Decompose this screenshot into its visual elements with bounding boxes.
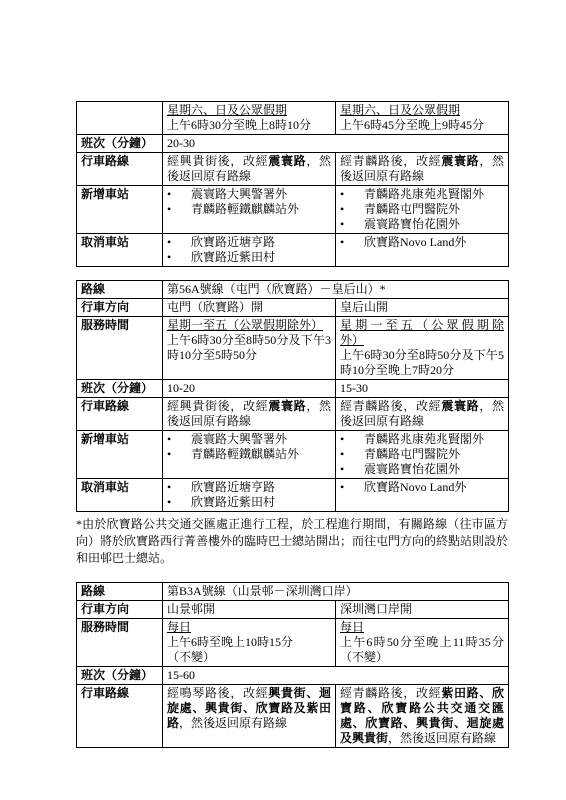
cell-new-stops-left: •震寰路大興警署外•青麟路輕鐵麒麟站外	[163, 186, 336, 234]
cell-routing-right: 經青麟路後，改經紫田路、欣寶路、欣寶路公共交通交匯處、欣寶路、興貴街、迴旋處及興…	[336, 685, 509, 748]
row-routing: 行車路線 經興貴街後，改經震寰路，然後返回原有路線 經青麟路後，改經震寰路，然後…	[77, 398, 509, 431]
row-label-routing: 行車路線	[77, 398, 163, 431]
cell-route-name: 第56A號線（屯門（欣寶路）－皇后山）*	[163, 281, 509, 299]
row-label-routing: 行車路線	[77, 685, 163, 748]
cell-cancelled-stops-left: •欣寶路近塘亨路•欣寶路近紫田村	[163, 234, 336, 267]
row-cancelled-stops: 取消車站 •欣寶路近塘亨路•欣寶路近紫田村 •欣寶路Novo Land外	[77, 479, 509, 512]
bullet-icon: •	[167, 250, 191, 265]
row-routing: 行車路線 經鳴琴路後，改經興貴街、迴旋處、興貴街、欣寶路及紫田路，然後返回原有路…	[77, 685, 509, 748]
notice-page: 星期六、日及公眾假期上午6時30分至晚上8時10分 星期六、日及公眾假期上午6時…	[76, 101, 508, 748]
row-label-routing: 行車路線	[77, 153, 163, 186]
cell-routing-right: 經青麟路後，改經震寰路，然後返回原有路線	[336, 398, 509, 431]
cell-direction-left: 山景邨開	[163, 601, 336, 619]
cell-service-hours-left: 星期一至五（公眾假期除外）上午6時30分至8時50分及下午3時10分至5時50分	[163, 317, 336, 380]
row-new-stops: 新增車站 •震寰路大興警署外•青麟路輕鐵麒麟站外 •青麟路兆康苑兆賢閣外•青麟路…	[77, 186, 509, 234]
bullet-icon: •	[167, 480, 191, 495]
row-routing: 行車路線 經興貴街後，改經震寰路，然後返回原有路線 經青麟路後，改經震寰路，然後…	[77, 153, 509, 186]
cell-routing-right: 經青麟路後，改經震寰路，然後返回原有路線	[336, 153, 509, 186]
cell-frequency-right: 15-30	[336, 380, 509, 398]
cell-cancelled-stops-right: •欣寶路Novo Land外	[336, 479, 509, 512]
row-cancelled-stops: 取消車站 •欣寶路近塘亨路•欣寶路近紫田村 •欣寶路Novo Land外	[77, 234, 509, 267]
bullet-icon: •	[340, 235, 364, 250]
cell-cancelled-stops-left: •欣寶路近塘亨路•欣寶路近紫田村	[163, 479, 336, 512]
cell-frequency: 15-60	[163, 667, 509, 685]
row-label-service-hours: 服務時間	[77, 619, 163, 667]
cell-routing-left: 經興貴街後，改經震寰路，然後返回原有路線	[163, 153, 336, 186]
bullet-icon: •	[340, 462, 364, 477]
cell-service-hours-right: 星期六、日及公眾假期上午6時45分至晚上9時45分	[336, 102, 509, 135]
row-label-empty	[77, 102, 163, 135]
route-table-56a: 路線 第56A號線（屯門（欣寶路）－皇后山）* 行車方向 屯門（欣寶路）開 皇后…	[76, 280, 509, 512]
row-route: 路線 第B3A號線（山景邨－深圳灣口岸）	[77, 583, 509, 601]
bullet-icon: •	[340, 217, 364, 232]
bullet-icon: •	[167, 495, 191, 510]
row-frequency: 班次（分鐘） 20-30	[77, 135, 509, 153]
row-label-new-stops: 新增車站	[77, 431, 163, 479]
row-label-new-stops: 新增車站	[77, 186, 163, 234]
bullet-icon: •	[167, 235, 191, 250]
bullet-icon: •	[340, 202, 364, 217]
row-label-cancelled-stops: 取消車站	[77, 479, 163, 512]
cell-new-stops-left: •震寰路大興警署外•青麟路輕鐵麒麟站外	[163, 431, 336, 479]
row-label-service-hours: 服務時間	[77, 317, 163, 380]
cell-routing-left: 經興貴街後，改經震寰路，然後返回原有路線	[163, 398, 336, 431]
route-table-b3a: 路線 第B3A號線（山景邨－深圳灣口岸） 行車方向 山景邨開 深圳灣口岸開 服務…	[76, 582, 509, 748]
row-direction: 行車方向 屯門（欣寶路）開 皇后山開	[77, 299, 509, 317]
row-label-frequency: 班次（分鐘）	[77, 667, 163, 685]
row-service-hours: 服務時間 星期一至五（公眾假期除外）上午6時30分至8時50分及下午3時10分至…	[77, 317, 509, 380]
cell-routing-left: 經鳴琴路後，改經興貴街、迴旋處、興貴街、欣寶路及紫田路，然後返回原有路線	[163, 685, 336, 748]
row-frequency: 班次（分鐘） 10-20 15-30	[77, 380, 509, 398]
cell-route-name: 第B3A號線（山景邨－深圳灣口岸）	[163, 583, 509, 601]
cell-direction-right: 皇后山開	[336, 299, 509, 317]
bullet-icon: •	[167, 447, 191, 462]
bullet-icon: •	[340, 447, 364, 462]
cell-new-stops-right: •青麟路兆康苑兆賢閣外•青麟路屯門醫院外•震寰路寶怡花園外	[336, 431, 509, 479]
row-route: 路線 第56A號線（屯門（欣寶路）－皇后山）*	[77, 281, 509, 299]
cell-new-stops-right: •青麟路兆康苑兆賢閣外•青麟路屯門醫院外•震寰路寶怡花園外	[336, 186, 509, 234]
bullet-icon: •	[340, 432, 364, 447]
cell-direction-left: 屯門（欣寶路）開	[163, 299, 336, 317]
row-label-frequency: 班次（分鐘）	[77, 135, 163, 153]
bullet-icon: •	[167, 187, 191, 202]
row-new-stops: 新增車站 •震寰路大興警署外•青麟路輕鐵麒麟站外 •青麟路兆康苑兆賢閣外•青麟路…	[77, 431, 509, 479]
cell-service-hours-right: 每日上午6時50分至晚上11時35分（不變）	[336, 619, 509, 667]
row-service-hours-weekend: 星期六、日及公眾假期上午6時30分至晚上8時10分 星期六、日及公眾假期上午6時…	[77, 102, 509, 135]
cell-service-hours-left: 每日上午6時至晚上10時15分（不變）	[163, 619, 336, 667]
route-table-continuation: 星期六、日及公眾假期上午6時30分至晚上8時10分 星期六、日及公眾假期上午6時…	[76, 101, 509, 267]
row-label-frequency: 班次（分鐘）	[77, 380, 163, 398]
cell-cancelled-stops-right: •欣寶路Novo Land外	[336, 234, 509, 267]
footnote: *由於欣寶路公共交通交匯處正進行工程，於工程進行期間，有關路線（往市區方向）將於…	[76, 516, 508, 567]
row-frequency: 班次（分鐘） 15-60	[77, 667, 509, 685]
row-direction: 行車方向 山景邨開 深圳灣口岸開	[77, 601, 509, 619]
row-label-route: 路線	[77, 583, 163, 601]
cell-frequency-left: 10-20	[163, 380, 336, 398]
bullet-icon: •	[167, 202, 191, 217]
bullet-icon: •	[167, 432, 191, 447]
row-label-route: 路線	[77, 281, 163, 299]
bullet-icon: •	[340, 480, 364, 495]
row-label-cancelled-stops: 取消車站	[77, 234, 163, 267]
cell-direction-right: 深圳灣口岸開	[336, 601, 509, 619]
cell-service-hours-right: 星期一至五（公眾假期除外）上午6時30分至8時50分及下午5時10分至晚上7時2…	[336, 317, 509, 380]
row-label-direction: 行車方向	[77, 299, 163, 317]
row-service-hours: 服務時間 每日上午6時至晚上10時15分（不變） 每日上午6時50分至晚上11時…	[77, 619, 509, 667]
bullet-icon: •	[340, 187, 364, 202]
cell-frequency: 20-30	[163, 135, 509, 153]
cell-service-hours-left: 星期六、日及公眾假期上午6時30分至晚上8時10分	[163, 102, 336, 135]
row-label-direction: 行車方向	[77, 601, 163, 619]
